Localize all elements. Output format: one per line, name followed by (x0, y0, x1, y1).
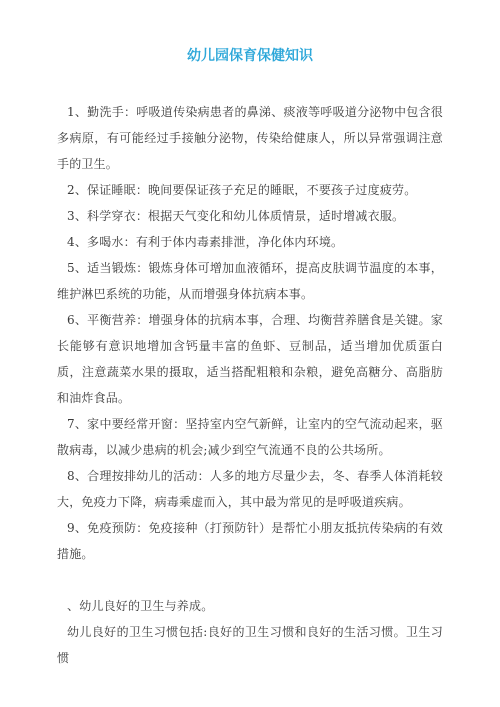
paragraph-7: 7、家中要经常开窗：坚持室内空气新鲜，让室内的空气流动起来，驱散病毒，以减少患病… (57, 411, 443, 463)
document-title: 幼儿园保育保健知识 (57, 46, 443, 66)
closing-paragraph: 幼儿良好的卫生习惯包括:良好的卫生习惯和良好的生活习惯。卫生习惯 (57, 619, 443, 671)
paragraph-6: 6、平衡营养：增强身体的抗病本事，合理、均衡营养膳食是关键。家长能够有意识地增加… (57, 307, 443, 411)
paragraph-5: 5、适当锻炼：锻炼身体可增加血液循环，提高皮肤调节温度的本事，维护淋巴系统的功能… (57, 255, 443, 307)
paragraph-4: 4、多喝水：有利于体内毒素排泄，净化体内环境。 (57, 229, 443, 255)
paragraph-1: 1、勤洗手：呼吸道传染病患者的鼻涕、痰液等呼吸道分泌物中包含很多病原，有可能经过… (57, 99, 443, 177)
document-page: 幼儿园保育保健知识 1、勤洗手：呼吸道传染病患者的鼻涕、痰液等呼吸道分泌物中包含… (0, 0, 500, 707)
paragraph-2: 2、保证睡眠：晚间要保证孩子充足的睡眠，不要孩子过度疲劳。 (57, 177, 443, 203)
section-heading: 、幼儿良好的卫生与养成。 (57, 593, 443, 619)
paragraph-8: 8、合理按排幼儿的活动：人多的地方尽量少去，冬、春季人体消耗较大，免疫力下降，病… (57, 463, 443, 515)
paragraph-9: 9、免疫预防：免疫接种（打预防针）是帮忙小朋友抵抗传染病的有效措施。 (57, 515, 443, 567)
paragraph-3: 3、科学穿衣：根据天气变化和幼儿体质情景，适时增减衣服。 (57, 203, 443, 229)
